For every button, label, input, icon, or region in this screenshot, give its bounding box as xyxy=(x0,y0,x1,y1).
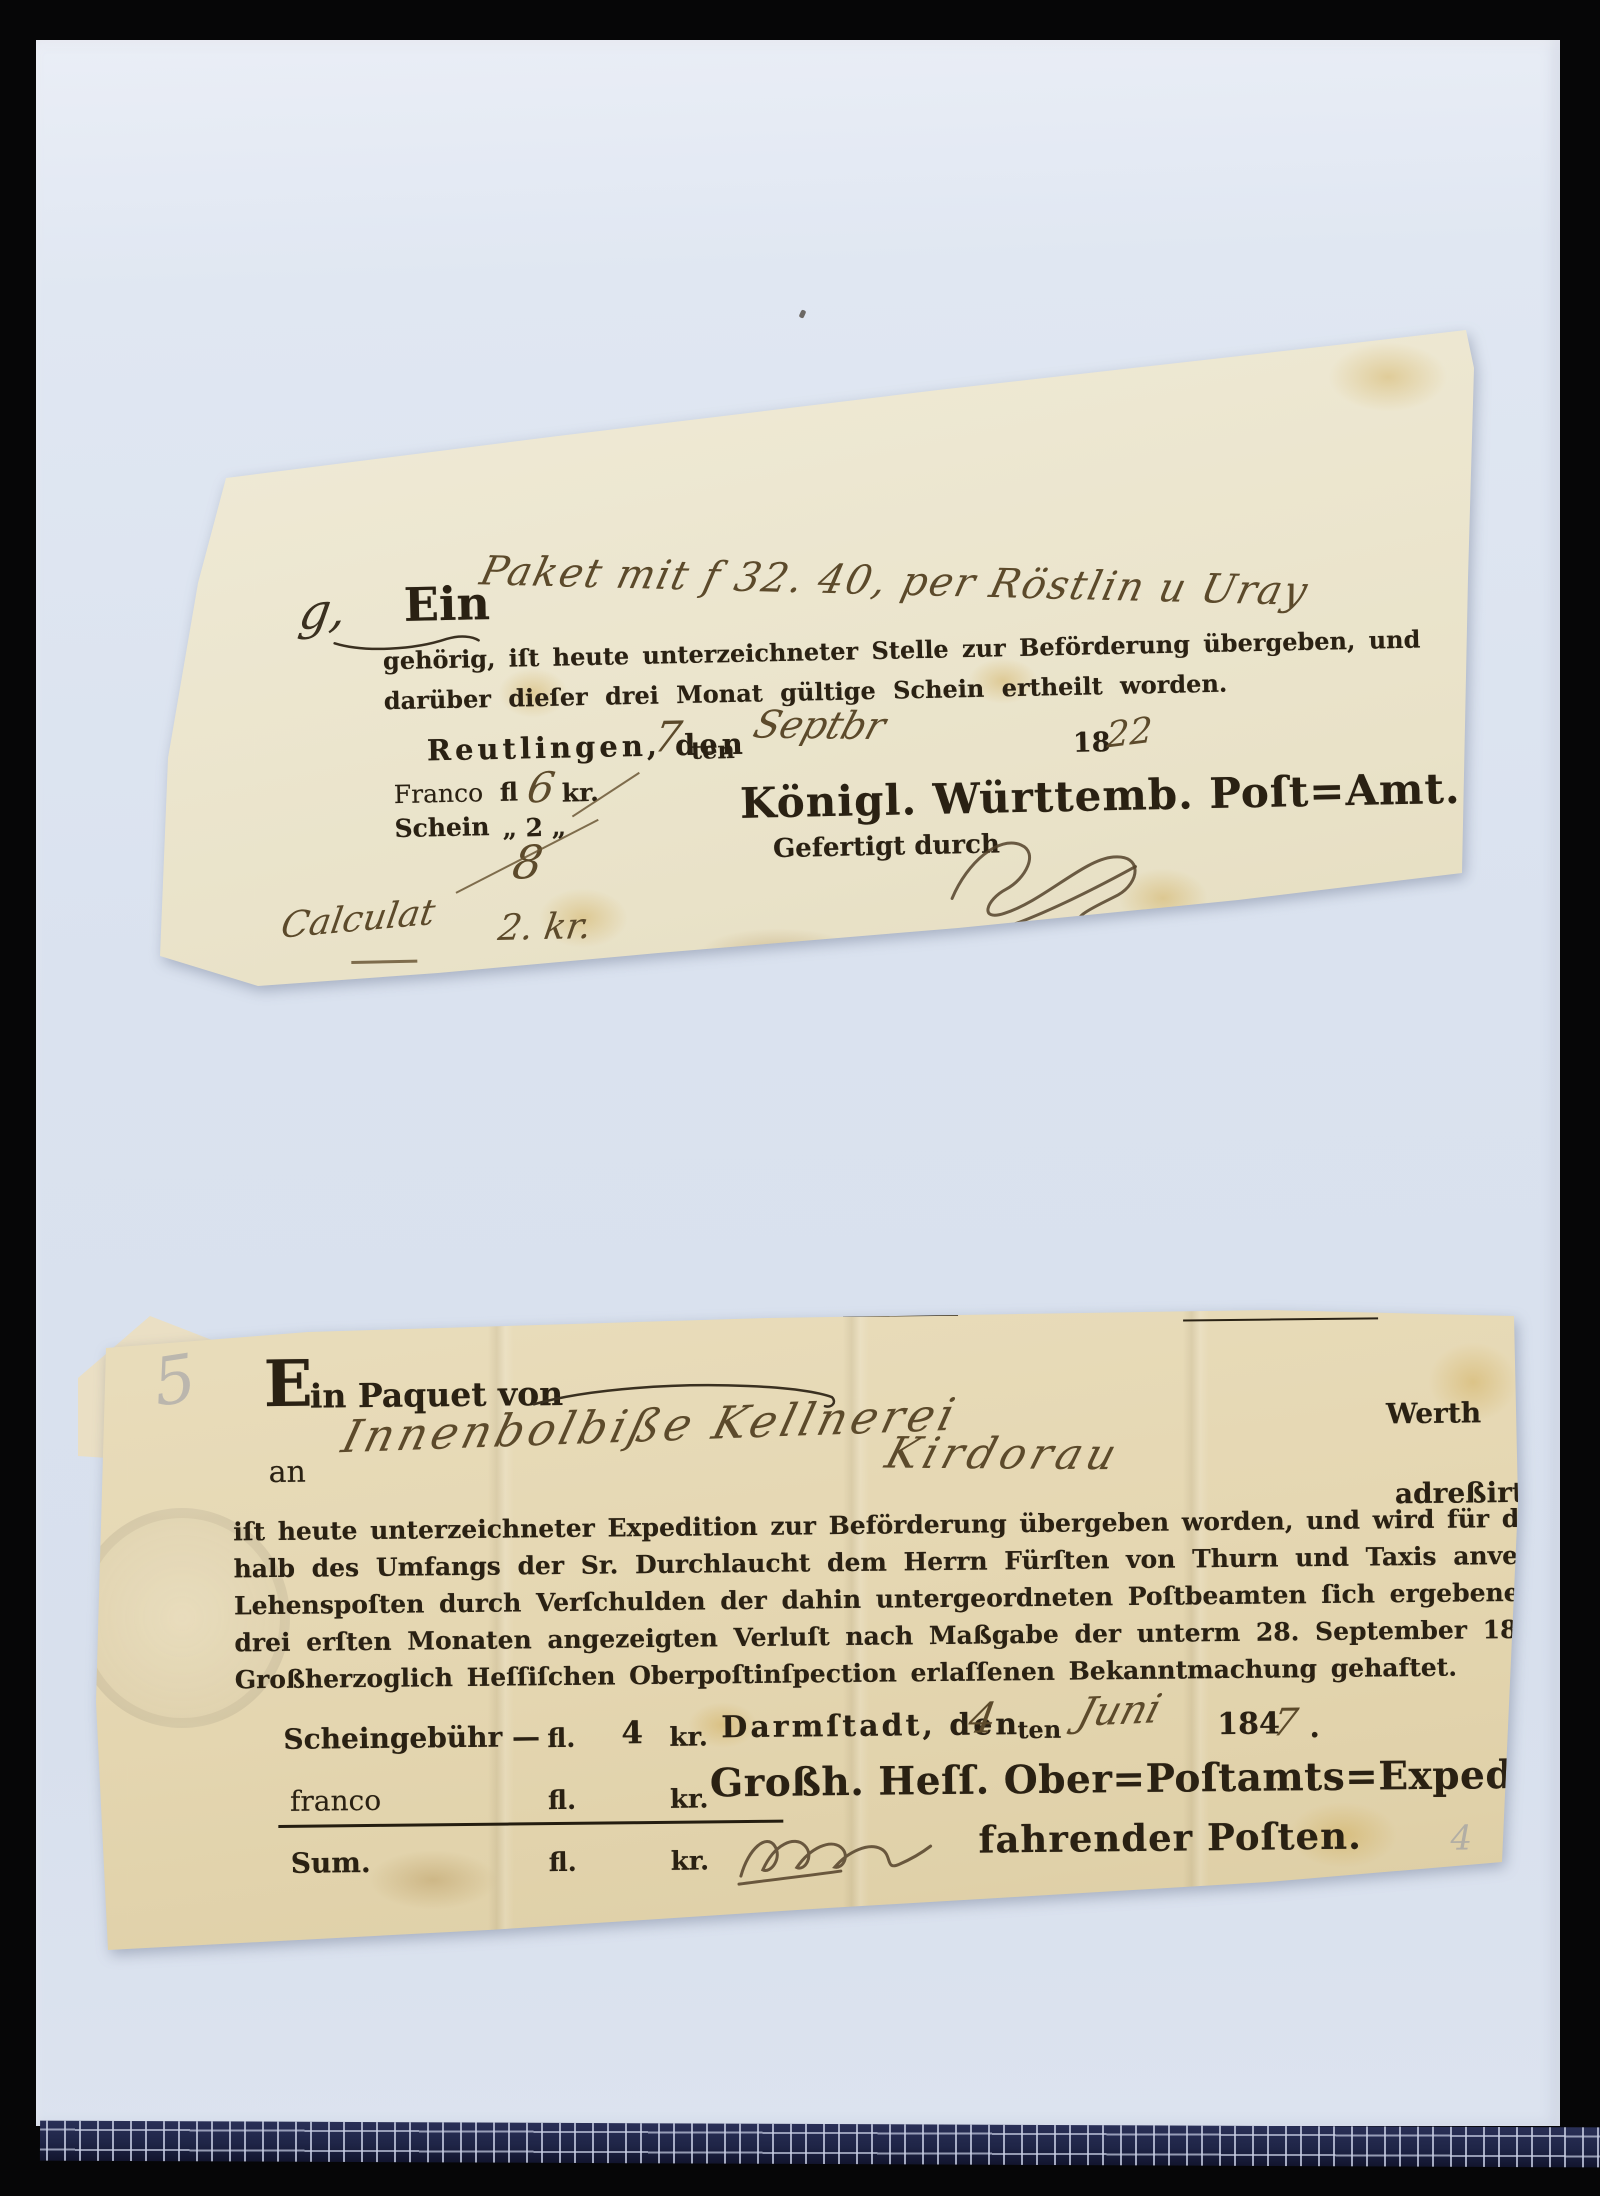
handwritten-recipient-place: Kirdorau xyxy=(880,1428,1127,1480)
fee-franco-fl: fl xyxy=(499,778,518,807)
dateline-month-handwritten: Juni xyxy=(1072,1686,1166,1736)
form-top-rule xyxy=(213,1315,393,1318)
binder-strip xyxy=(40,2121,1600,2168)
office-name-line2: fahrender Poſten. xyxy=(978,1814,1362,1862)
werth-label: Werth xyxy=(1386,1396,1481,1430)
fee-sum-kr: kr. xyxy=(671,1846,710,1876)
body-line: iſt heute unterzeichneter Expedition zur… xyxy=(233,1502,1600,1546)
fee-schein-label: Scheingebühr — xyxy=(283,1720,540,1756)
body-line: drei erſten Monaten angezeigten Verluſt … xyxy=(234,1613,1600,1657)
handwritten-note-amount: 2. kr. xyxy=(495,906,594,949)
signature-flourish xyxy=(932,798,1175,953)
dateline-period: . xyxy=(1309,1710,1320,1745)
dateline-ten-label: ten xyxy=(1017,1715,1061,1744)
postal-receipt-hessen-1847: 5 E in Paquet von Werth an Innenbolbiße … xyxy=(68,1302,1520,1954)
pencil-corner-stroke xyxy=(159,452,209,623)
dateline-month-handwritten: Septbr xyxy=(749,702,892,748)
fee-franco-kr: kr. xyxy=(670,1784,709,1814)
body-line: Großherzoglich Heſſiſchen Oberpoſtinſpec… xyxy=(235,1653,1457,1695)
fee-sum-label: Sum. xyxy=(291,1846,371,1880)
body-line: Lehenspoſten durch Verſchulden der dahin… xyxy=(234,1576,1600,1621)
pencil-corner-number: 4 xyxy=(1450,1818,1472,1858)
receipt-paper: 2 g, Ein Paket mit f 32. 40, per Röstlin… xyxy=(138,328,1480,996)
receipt-content: 5 E in Paquet von Werth an Innenbolbiße … xyxy=(65,1290,1524,1957)
pencil-number: 2 xyxy=(167,437,213,503)
handwritten-consignment: Paket mit f 32. 40, per Röstlin u Uray xyxy=(476,548,1314,615)
fee-franco-fl: fl. xyxy=(548,1786,576,1816)
fee-sum-fl: fl. xyxy=(549,1848,577,1878)
receipt-paper: 5 E in Paquet von Werth an Innenbolbiße … xyxy=(68,1302,1520,1954)
intro-initial: E xyxy=(263,1347,313,1423)
office-name-line1: Großh. Heſſ. Ober=Poſtamts=Expedition xyxy=(710,1751,1600,1807)
fee-schein-fl: fl. xyxy=(547,1724,575,1754)
receipt-content: 2 g, Ein Paket mit f 32. 40, per Röstlin… xyxy=(130,305,1486,1001)
body-line: gehörig, iſt heute unterzeichneter Stell… xyxy=(383,625,1421,676)
dateline-year-printed: 18 xyxy=(1073,727,1111,759)
scanned-album-photo: 2. 2r. 2 g, Ein Paket mit f 32. 40, per … xyxy=(0,0,1600,2196)
postal-receipt-wuerttemberg-1822: 2 g, Ein Paket mit f 32. 40, per Röstlin… xyxy=(138,328,1480,996)
fee-franco-label: franco xyxy=(290,1784,381,1818)
body-line: halb des Umfangs der Sr. Durchlaucht dem… xyxy=(233,1540,1600,1584)
dateline-year-handwritten: 22 xyxy=(1106,710,1153,757)
an-label: an xyxy=(268,1455,306,1490)
fee-franco-label: Franco xyxy=(394,778,484,809)
sum-rule xyxy=(278,1820,783,1828)
form-top-rule xyxy=(843,1314,958,1317)
dateline-ten-label: ten xyxy=(691,735,735,765)
form-top-rule xyxy=(213,1309,418,1313)
signature-flourish xyxy=(730,1824,941,1898)
fee-schein-amount: 4 xyxy=(621,1715,643,1751)
handwritten-note-word: Calculat xyxy=(278,892,438,947)
fee-schein-kr: kr. xyxy=(669,1722,708,1752)
fee-schein-label: Schein xyxy=(394,812,490,843)
handwritten-underline xyxy=(351,960,417,964)
pencil-number: 5 xyxy=(148,1339,201,1421)
fee-franco-amount-handwritten: 6 xyxy=(524,763,558,813)
form-top-rule xyxy=(1183,1317,1378,1321)
